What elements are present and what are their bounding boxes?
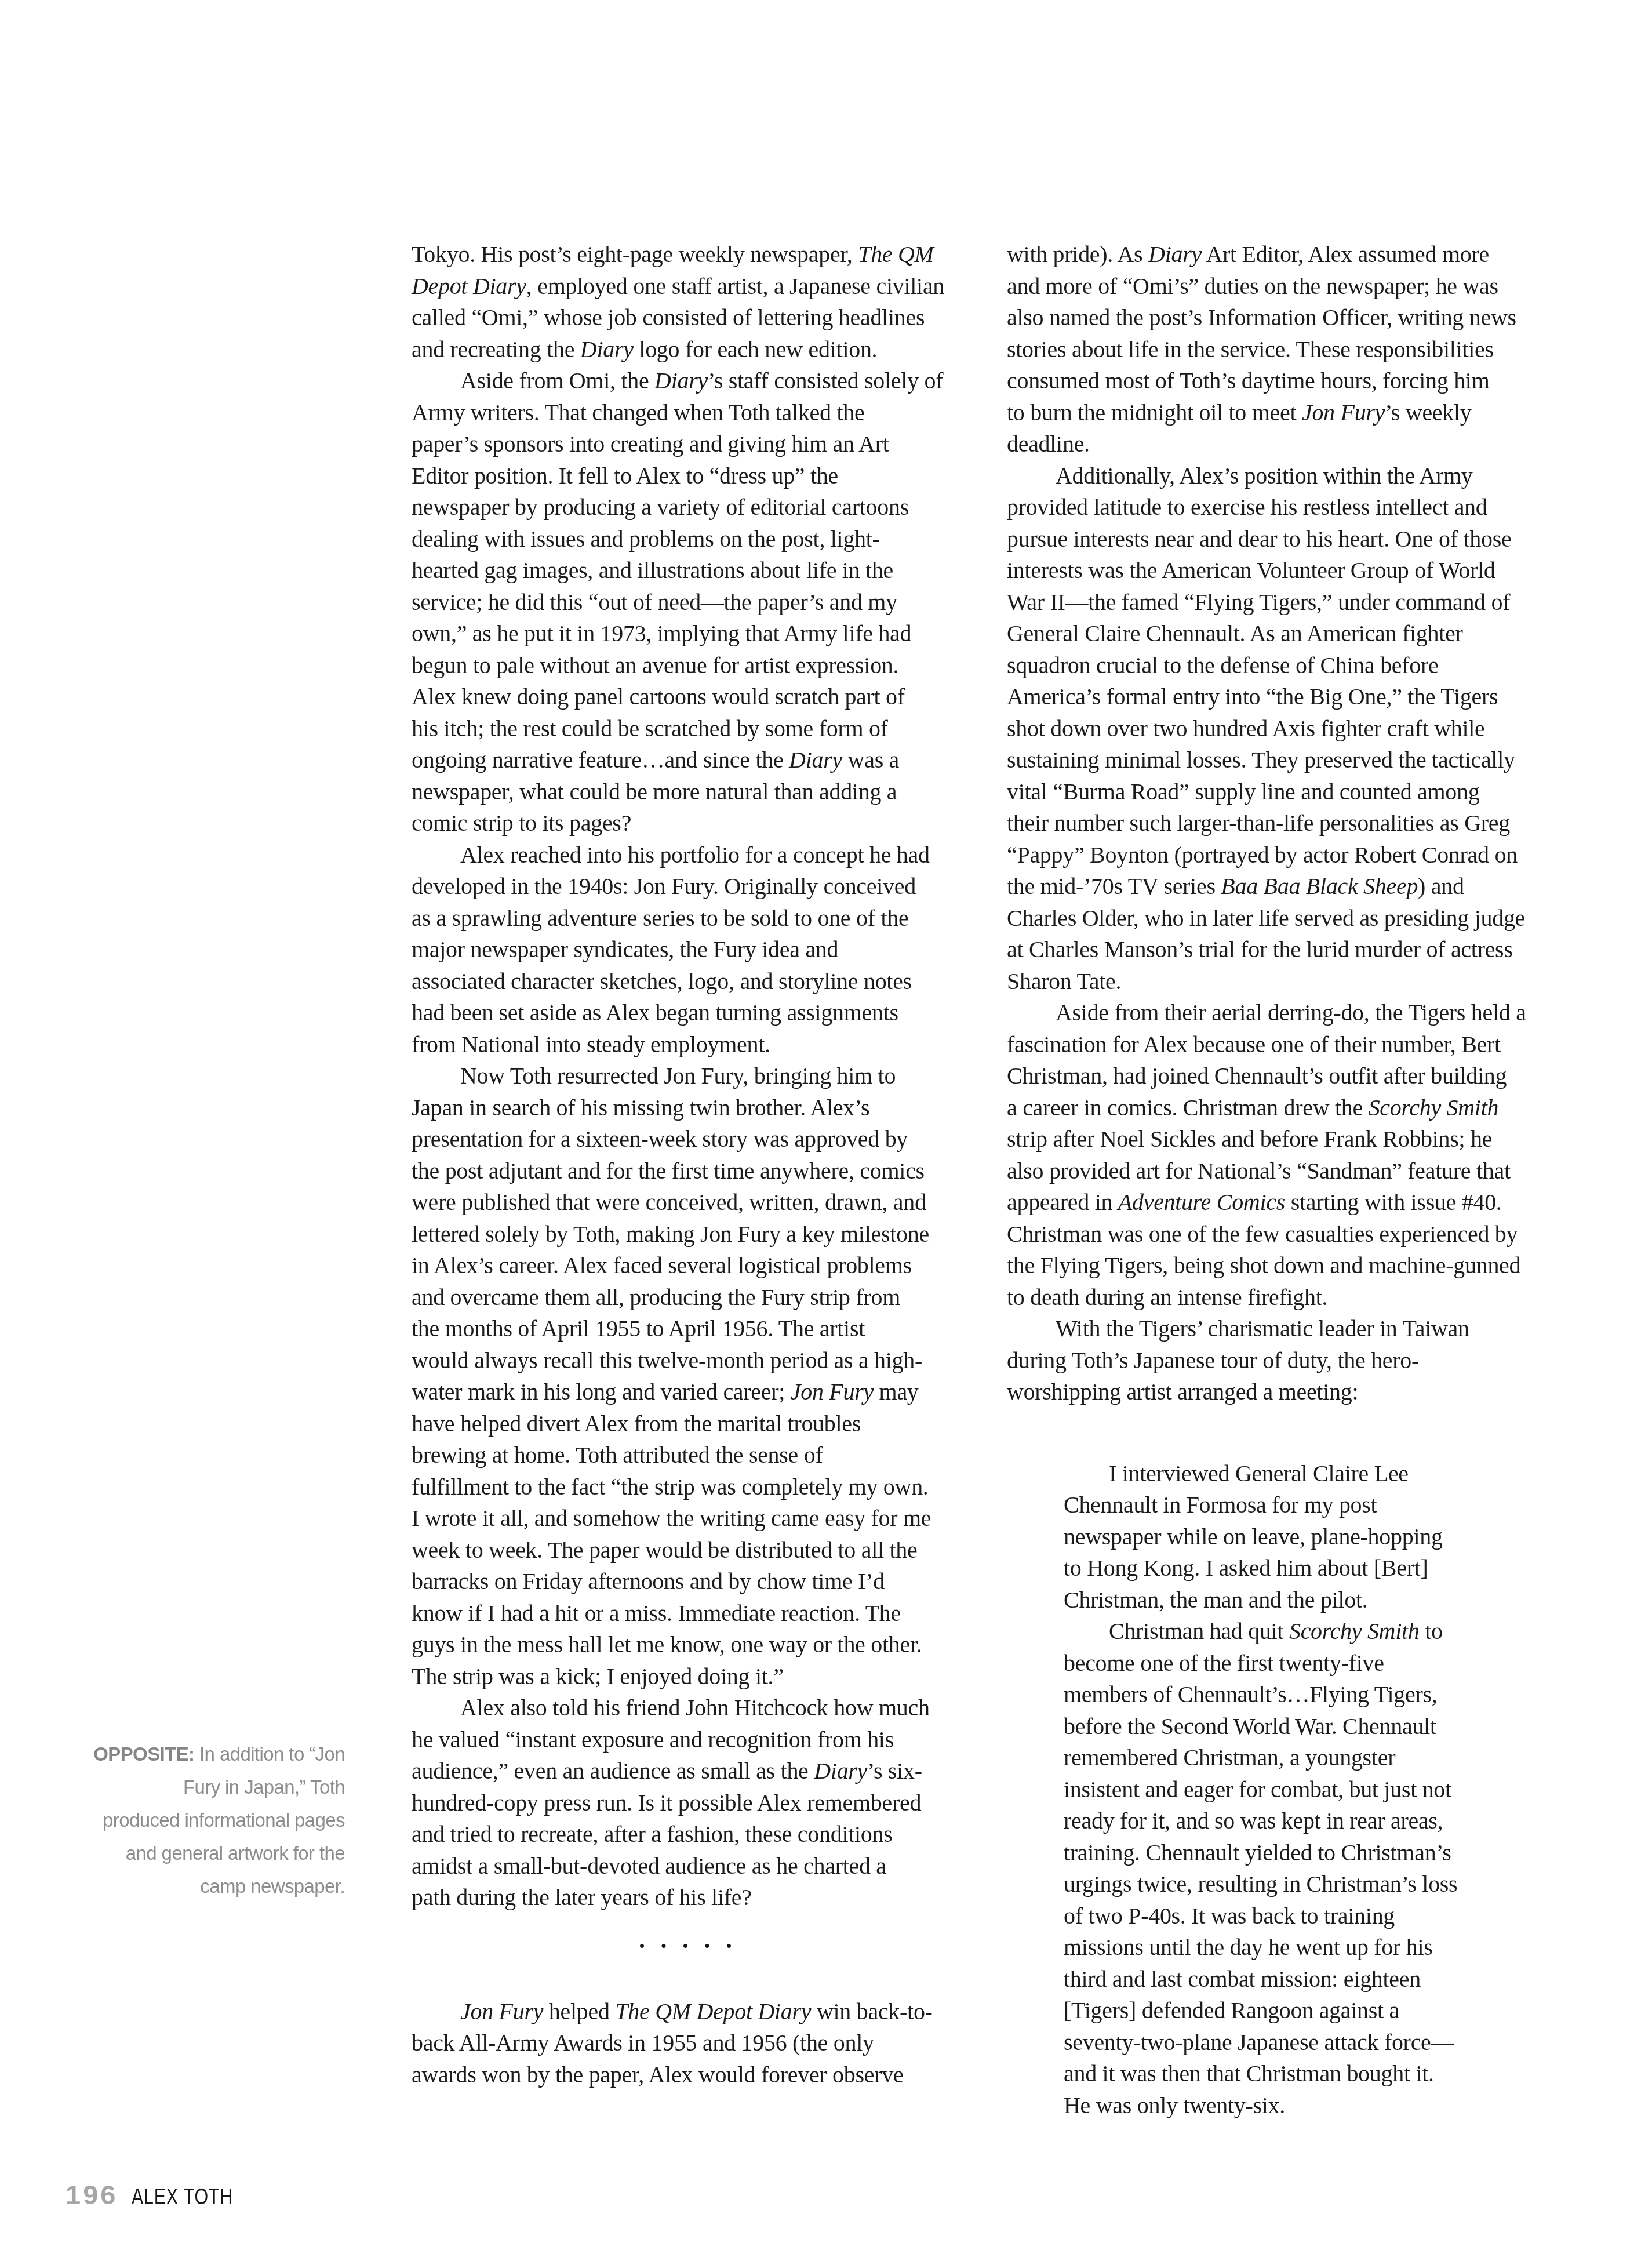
text-line: worshipping artist arranged a meeting:: [1007, 1376, 1555, 1408]
book-page: OPPOSITE: In addition to “JonFury in Jap…: [0, 0, 1652, 2261]
text-line: Depot Diary, employed one staff artist, …: [412, 271, 959, 303]
text-line: members of Chennault’s…Flying Tigers,: [1064, 1679, 1555, 1711]
text-line: squadron crucial to the defense of China…: [1007, 650, 1555, 682]
body-paragraph: Aside from their aerial derring-do, the …: [1007, 997, 1555, 1313]
text-line: Alex knew doing panel cartoons would scr…: [412, 681, 959, 713]
text-line: during Toth’s Japanese tour of duty, the…: [1007, 1345, 1555, 1377]
text-line: remembered Christman, a youngster: [1064, 1742, 1555, 1774]
text-line: Army writers. That changed when Toth tal…: [412, 397, 959, 429]
text-line: With the Tigers’ charismatic leader in T…: [1007, 1313, 1555, 1345]
body-paragraph: With the Tigers’ charismatic leader in T…: [1007, 1313, 1555, 1408]
text-line: Sharon Tate.: [1007, 966, 1555, 998]
text-line: associated character sketches, logo, and…: [412, 966, 959, 998]
text-line: Now Toth resurrected Jon Fury, bringing …: [412, 1060, 959, 1092]
text-line: training. Chennault yielded to Christman…: [1064, 1837, 1555, 1869]
text-line: ready for it, and so was kept in rear ar…: [1064, 1805, 1555, 1837]
text-line: He was only twenty-six.: [1064, 2090, 1555, 2122]
text-line: lettered solely by Toth, making Jon Fury…: [412, 1219, 959, 1251]
text-line: called “Omi,” whose job consisted of let…: [412, 302, 959, 334]
body-paragraph: Jon Fury helped The QM Depot Diary win b…: [412, 1996, 959, 2091]
text-line: and more of “Omi’s” duties on the newspa…: [1007, 271, 1555, 303]
text-line: begun to pale without an avenue for arti…: [412, 650, 959, 682]
text-line: Christman was one of the few casualties …: [1007, 1219, 1555, 1251]
text-line: I interviewed General Claire Lee: [1064, 1458, 1555, 1490]
page-number: 196: [66, 2179, 118, 2211]
text-line: shot down over two hundred Axis fighter …: [1007, 713, 1555, 745]
text-line: comic strip to its pages?: [412, 808, 959, 839]
text-line: have helped divert Alex from the marital…: [412, 1408, 959, 1440]
text-line: Aside from their aerial derring-do, the …: [1007, 997, 1555, 1029]
text-line: also provided art for National’s “Sandma…: [1007, 1155, 1555, 1187]
text-line: paper’s sponsors into creating and givin…: [412, 428, 959, 460]
margin-caption: OPPOSITE: In addition to “JonFury in Jap…: [87, 1737, 345, 1903]
text-line: appeared in Adventure Comics starting wi…: [1007, 1187, 1555, 1219]
text-line: newspaper by producing a variety of edit…: [412, 492, 959, 524]
text-line: know if I had a hit or a miss. Immediate…: [412, 1598, 959, 1630]
text-line: vital “Burma Road” supply line and count…: [1007, 776, 1555, 808]
text-line: Christman had quit Scorchy Smith to: [1064, 1616, 1555, 1648]
body-paragraph: Additionally, Alex’s position within the…: [1007, 460, 1555, 998]
text-line: hearted gag images, and illustrations ab…: [412, 555, 959, 587]
block-quote: I interviewed General Claire LeeChennaul…: [1064, 1458, 1555, 2122]
text-line: water mark in his long and varied career…: [412, 1376, 959, 1408]
text-line: to death during an intense firefight.: [1007, 1282, 1555, 1314]
body-paragraph: with pride). As Diary Art Editor, Alex a…: [1007, 239, 1555, 460]
text-line: urgings twice, resulting in Christman’s …: [1064, 1869, 1555, 1900]
text-line: with pride). As Diary Art Editor, Alex a…: [1007, 239, 1555, 271]
text-line: become one of the first twenty-five: [1064, 1648, 1555, 1680]
text-line: the post adjutant and for the first time…: [412, 1155, 959, 1187]
body-paragraph: Alex reached into his portfolio for a co…: [412, 839, 959, 1061]
text-column-left: Tokyo. His post’s eight-page weekly news…: [412, 239, 959, 2091]
text-line: audience,” even an audience as small as …: [412, 1755, 959, 1787]
text-line: Tokyo. His post’s eight-page weekly news…: [412, 239, 959, 271]
text-line: brewing at home. Toth attributed the sen…: [412, 1440, 959, 1471]
text-line: Jon Fury helped The QM Depot Diary win b…: [412, 1996, 959, 2028]
text-line: presentation for a sixteen-week story wa…: [412, 1124, 959, 1155]
quote-paragraph: Christman had quit Scorchy Smith tobecom…: [1064, 1616, 1555, 2121]
text-line: and it was then that Christman bought it…: [1064, 2058, 1555, 2090]
text-line: missions until the day he went up for hi…: [1064, 1932, 1555, 1964]
text-line: newspaper, what could be more natural th…: [412, 776, 959, 808]
text-line: service; he did this “out of need—the pa…: [412, 587, 959, 619]
text-line: would always recall this twelve-month pe…: [412, 1345, 959, 1377]
text-line: guys in the mess hall let me know, one w…: [412, 1629, 959, 1661]
text-line: [Tigers] defended Rangoon against a: [1064, 1995, 1555, 2027]
caption-line: camp newspaper.: [87, 1870, 345, 1903]
text-column-right: with pride). As Diary Art Editor, Alex a…: [1007, 239, 1555, 2121]
body-paragraph: Aside from Omi, the Diary’s staff consis…: [412, 365, 959, 839]
text-line: barracks on Friday afternoons and by cho…: [412, 1566, 959, 1598]
text-line: General Claire Chennault. As an American…: [1007, 618, 1555, 650]
text-line: his itch; the rest could be scratched by…: [412, 713, 959, 745]
text-line: Japan in search of his missing twin brot…: [412, 1092, 959, 1124]
text-line: were published that were conceived, writ…: [412, 1187, 959, 1219]
text-line: from National into steady employment.: [412, 1029, 959, 1061]
text-line: as a sprawling adventure series to be so…: [412, 903, 959, 935]
text-line: stories about life in the service. These…: [1007, 334, 1555, 366]
text-line: Aside from Omi, the Diary’s staff consis…: [412, 365, 959, 397]
text-line: Chennault in Formosa for my post: [1064, 1489, 1555, 1521]
text-line: dealing with issues and problems on the …: [412, 524, 959, 555]
text-line: Additionally, Alex’s position within the…: [1007, 460, 1555, 492]
section-separator-dots: •••••: [412, 1931, 959, 1962]
text-line: to Hong Kong. I asked him about [Bert]: [1064, 1553, 1555, 1584]
text-line: fulfillment to the fact “the strip was c…: [412, 1471, 959, 1503]
text-line: and tried to recreate, after a fashion, …: [412, 1819, 959, 1851]
text-line: Christman, had joined Chennault’s outfit…: [1007, 1060, 1555, 1092]
quote-paragraph: I interviewed General Claire LeeChennaul…: [1064, 1458, 1555, 1616]
text-line: before the Second World War. Chennault: [1064, 1711, 1555, 1743]
text-line: interests was the American Volunteer Gro…: [1007, 555, 1555, 587]
text-line: seventy-two-plane Japanese attack force—: [1064, 2027, 1555, 2059]
text-line: War II—the famed “Flying Tigers,” under …: [1007, 587, 1555, 619]
text-line: Alex also told his friend John Hitchcock…: [412, 1692, 959, 1724]
text-line: consumed most of Toth’s daytime hours, f…: [1007, 365, 1555, 397]
text-line: he valued “instant exposure and recognit…: [412, 1724, 959, 1756]
text-line: Editor position. It fell to Alex to “dre…: [412, 460, 959, 492]
caption-line: OPPOSITE: In addition to “Jon: [87, 1737, 345, 1771]
text-line: also named the post’s Information Office…: [1007, 302, 1555, 334]
text-line: the mid-’70s TV series Baa Baa Black She…: [1007, 871, 1555, 903]
caption-line: Fury in Japan,” Toth: [87, 1771, 345, 1804]
caption-line: and general artwork for the: [87, 1837, 345, 1870]
text-line: deadline.: [1007, 428, 1555, 460]
text-line: hundred-copy press run. Is it possible A…: [412, 1787, 959, 1819]
text-line: back All-Army Awards in 1955 and 1956 (t…: [412, 2027, 959, 2059]
text-line: of two P-40s. It was back to training: [1064, 1900, 1555, 1932]
text-line: sustaining minimal losses. They preserve…: [1007, 744, 1555, 776]
body-paragraph: Tokyo. His post’s eight-page weekly news…: [412, 239, 959, 365]
text-line: amidst a small-but-devoted audience as h…: [412, 1851, 959, 1882]
text-line: at Charles Manson’s trial for the lurid …: [1007, 934, 1555, 966]
text-line: had been set aside as Alex began turning…: [412, 997, 959, 1029]
text-line: own,” as he put it in 1973, implying tha…: [412, 618, 959, 650]
body-paragraph: Alex also told his friend John Hitchcock…: [412, 1692, 959, 1914]
text-line: path during the later years of his life?: [412, 1882, 959, 1914]
text-line: I wrote it all, and somehow the writing …: [412, 1503, 959, 1535]
text-line: America’s formal entry into “the Big One…: [1007, 681, 1555, 713]
text-line: their number such larger-than-life perso…: [1007, 808, 1555, 839]
body-paragraph: Now Toth resurrected Jon Fury, bringing …: [412, 1060, 959, 1692]
text-line: insistent and eager for combat, but just…: [1064, 1774, 1555, 1806]
text-line: fascination for Alex because one of thei…: [1007, 1029, 1555, 1061]
text-line: Charles Older, who in later life served …: [1007, 903, 1555, 935]
book-title: ALEX TOTH: [132, 2185, 233, 2210]
text-line: Christman, the man and the pilot.: [1064, 1584, 1555, 1616]
text-line: developed in the 1940s: Jon Fury. Origin…: [412, 871, 959, 903]
text-line: ongoing narrative feature…and since the …: [412, 744, 959, 776]
text-line: third and last combat mission: eighteen: [1064, 1964, 1555, 1995]
text-line: in Alex’s career. Alex faced several log…: [412, 1250, 959, 1282]
text-line: provided latitude to exercise his restle…: [1007, 492, 1555, 524]
text-line: the Flying Tigers, being shot down and m…: [1007, 1250, 1555, 1282]
text-line: the months of April 1955 to April 1956. …: [412, 1313, 959, 1345]
text-line: The strip was a kick; I enjoyed doing it…: [412, 1661, 959, 1693]
text-line: strip after Noel Sickles and before Fran…: [1007, 1124, 1555, 1155]
text-line: and recreating the Diary logo for each n…: [412, 334, 959, 366]
caption-line: produced informational pages: [87, 1804, 345, 1837]
text-line: and overcame them all, producing the Fur…: [412, 1282, 959, 1314]
text-line: “Pappy” Boynton (portrayed by actor Robe…: [1007, 839, 1555, 871]
text-line: to burn the midnight oil to meet Jon Fur…: [1007, 397, 1555, 429]
page-footer: 196 ALEX TOTH: [66, 2179, 259, 2211]
text-line: a career in comics. Christman drew the S…: [1007, 1092, 1555, 1124]
text-line: pursue interests near and dear to his he…: [1007, 524, 1555, 555]
text-line: major newspaper syndicates, the Fury ide…: [412, 934, 959, 966]
text-line: awards won by the paper, Alex would fore…: [412, 2059, 959, 2091]
text-line: newspaper while on leave, plane-hopping: [1064, 1521, 1555, 1553]
text-line: week to week. The paper would be distrib…: [412, 1535, 959, 1566]
text-line: Alex reached into his portfolio for a co…: [412, 839, 959, 871]
